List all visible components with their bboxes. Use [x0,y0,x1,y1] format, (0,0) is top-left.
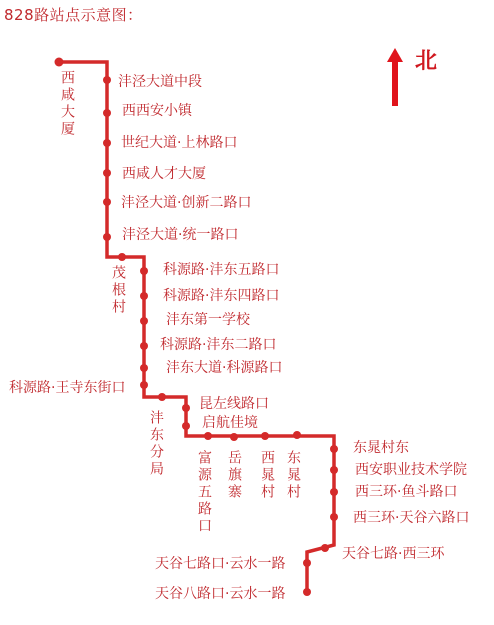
station-label[interactable]: 西三环·天谷六路口 [353,510,469,526]
station-dot[interactable] [158,393,166,401]
station-dot[interactable] [103,76,111,84]
station-label[interactable]: 西安职业技术学院 [355,462,467,478]
station-label[interactable]: 沣泾大道中段 [118,74,202,90]
station-dot[interactable] [118,253,126,261]
station-label[interactable]: 西咸人才大厦 [122,166,206,182]
station-dot[interactable] [103,233,111,241]
north-arrow-icon [387,48,403,106]
station-dot[interactable] [330,488,338,496]
station-dot[interactable] [140,292,148,300]
station-label[interactable]: 沣东大道·科源路口 [166,360,282,376]
station-label[interactable]: 沣东第一学校 [166,312,250,328]
station-dot[interactable] [321,544,329,552]
station-dot[interactable] [330,445,338,453]
station-label[interactable]: 沣泾大道·统一路口 [122,227,238,243]
station-label[interactable]: 启航佳境 [202,415,258,431]
station-dot[interactable] [182,404,190,412]
station-dot[interactable] [140,267,148,275]
station-label[interactable]: 东晁村 [287,450,303,501]
station-label[interactable]: 茂根村 [112,265,128,316]
station-dot[interactable] [140,317,148,325]
station-label[interactable]: 沣东分局 [150,410,166,478]
station-label[interactable]: 沣泾大道·创新二路口 [121,195,251,211]
station-label[interactable]: 西晁村 [261,450,277,501]
station-dot[interactable] [330,513,338,521]
station-label[interactable]: 岳旗寨 [228,450,244,501]
station-dot[interactable] [204,432,212,440]
station-label[interactable]: 天谷七路口·云水一路 [155,556,285,572]
station-label[interactable]: 东晁村东 [353,440,409,456]
north-label: 北 [415,44,437,75]
station-label[interactable]: 科源路·王寺东街口 [9,380,125,396]
station-dot[interactable] [261,432,269,440]
station-dot[interactable] [293,431,301,439]
station-label[interactable]: 天谷八路口·云水一路 [155,586,285,602]
station-dot[interactable] [103,169,111,177]
station-label[interactable]: 世纪大道·上林路口 [121,135,237,151]
station-dot[interactable] [103,139,111,147]
station-dot[interactable] [103,198,111,206]
station-dot[interactable] [140,381,148,389]
station-label[interactable]: 西咸大厦 [61,70,77,138]
station-label[interactable]: 西西安小镇 [122,103,192,119]
station-label[interactable]: 富源五路口 [198,450,214,535]
station-label[interactable]: 西三环·鱼斗路口 [355,484,457,500]
station-dot[interactable] [330,466,338,474]
station-label[interactable]: 科源路·沣东五路口 [163,262,279,278]
station-dot[interactable] [182,422,190,430]
station-dot[interactable] [55,58,64,67]
station-label[interactable]: 天谷七路·西三环 [342,546,444,562]
station-label[interactable]: 科源路·沣东二路口 [160,337,276,353]
station-dot[interactable] [140,364,148,372]
station-dot[interactable] [303,588,311,596]
station-dot[interactable] [103,109,111,117]
station-label[interactable]: 昆左线路口 [199,396,269,412]
station-dot[interactable] [140,342,148,350]
station-dot[interactable] [230,433,238,441]
station-label[interactable]: 科源路·沣东四路口 [163,288,279,304]
station-dot[interactable] [303,559,311,567]
